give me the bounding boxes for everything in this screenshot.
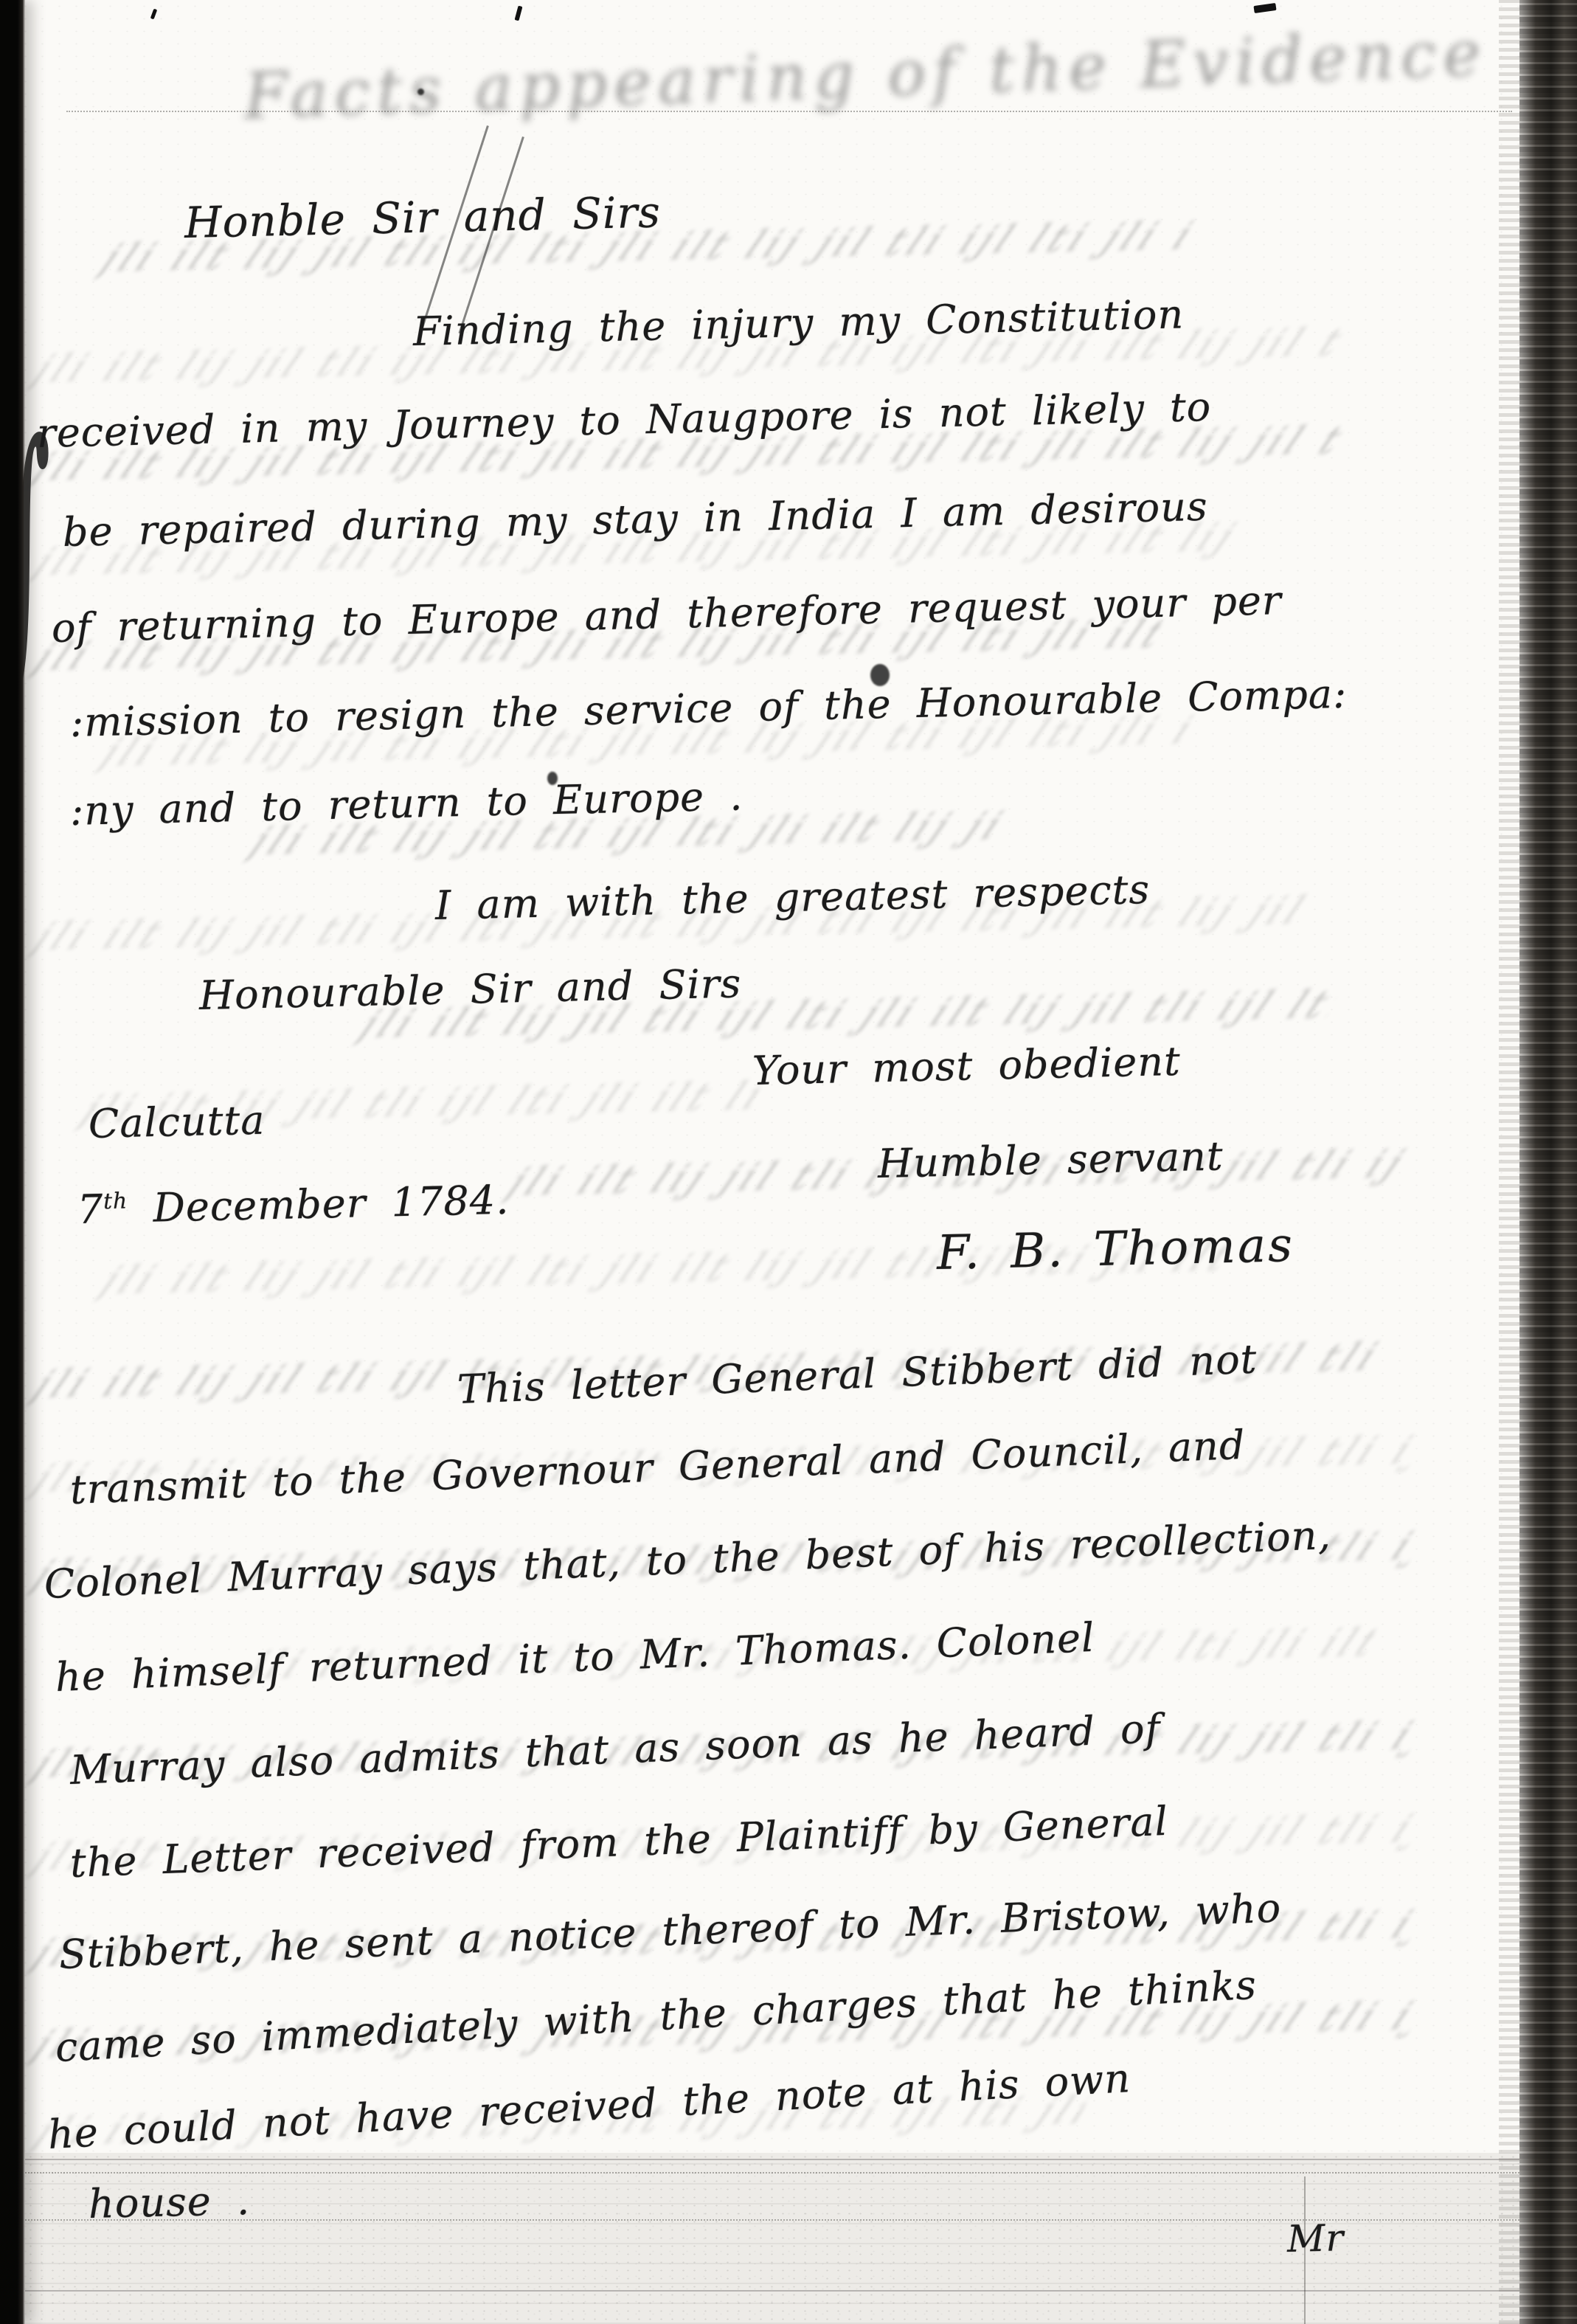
note-line: transmit to the Governour General and Co… (69, 1422, 1247, 1513)
letter-line: be repaired during my stay in India I am… (62, 483, 1208, 556)
letter-line: of returning to Europe and therefore req… (51, 577, 1282, 651)
right-edge-gap (1499, 0, 1519, 2324)
signature: F. B. Thomas (936, 1218, 1295, 1281)
scan-line (66, 111, 1512, 112)
closing-respects: I am with the greatest respects (434, 866, 1150, 929)
ink-mark (515, 6, 523, 21)
note-line: he could not have received the note at h… (46, 2055, 1131, 2158)
ink-speck (417, 89, 424, 95)
letter-line: :ny and to return to Europe . (69, 772, 744, 834)
letter-line: received in my Journey to Naugpore is no… (36, 384, 1212, 457)
salutation: Honble Sir and Sirs (184, 187, 661, 248)
faded-header-bleedthrough: Facts appearing of the Evidence (243, 17, 1488, 134)
ink-mark (150, 9, 157, 20)
catchword: Mr (1286, 2216, 1344, 2261)
note-line: came so immediately with the charges tha… (54, 1962, 1258, 2071)
note-line: house . (88, 2177, 250, 2227)
closing-address: Honourable Sir and Sirs (198, 960, 742, 1019)
note-line: Colonel Murray says that, to the best of… (44, 1512, 1332, 1608)
note-line: Murray also admits that as soon as he he… (69, 1705, 1162, 1794)
letter-line: :mission to resign the service of the Ho… (69, 671, 1348, 746)
manuscript-page: Facts appearing of the Evidence jli ilt … (0, 0, 1577, 2324)
note-line: the Letter received from the Plaintiff b… (69, 1798, 1169, 1886)
closing-servant: Humble servant (877, 1132, 1224, 1187)
note-line: he himself returned it to Mr. Thomas. Co… (55, 1614, 1096, 1701)
closing-obedient: Your most obedient (752, 1038, 1181, 1094)
note-line: This letter General Stibbert did not (457, 1335, 1258, 1413)
note-line: Stibbert, he sent a notice thereof to Mr… (58, 1884, 1282, 1978)
date-rest: December 1784. (128, 1177, 510, 1232)
paper-grain (0, 0, 1577, 2324)
date-day: 7 (77, 1186, 104, 1233)
letter-line: Finding the injury my Constitution (412, 291, 1185, 355)
date-line: 7th December 1784. (77, 1177, 510, 1233)
right-page-edge (1519, 0, 1577, 2324)
date-ordinal: th (103, 1188, 128, 1214)
place-line: Calcutta (88, 1097, 266, 1147)
left-binding-edge (0, 0, 25, 2324)
ink-mark (1253, 3, 1276, 13)
